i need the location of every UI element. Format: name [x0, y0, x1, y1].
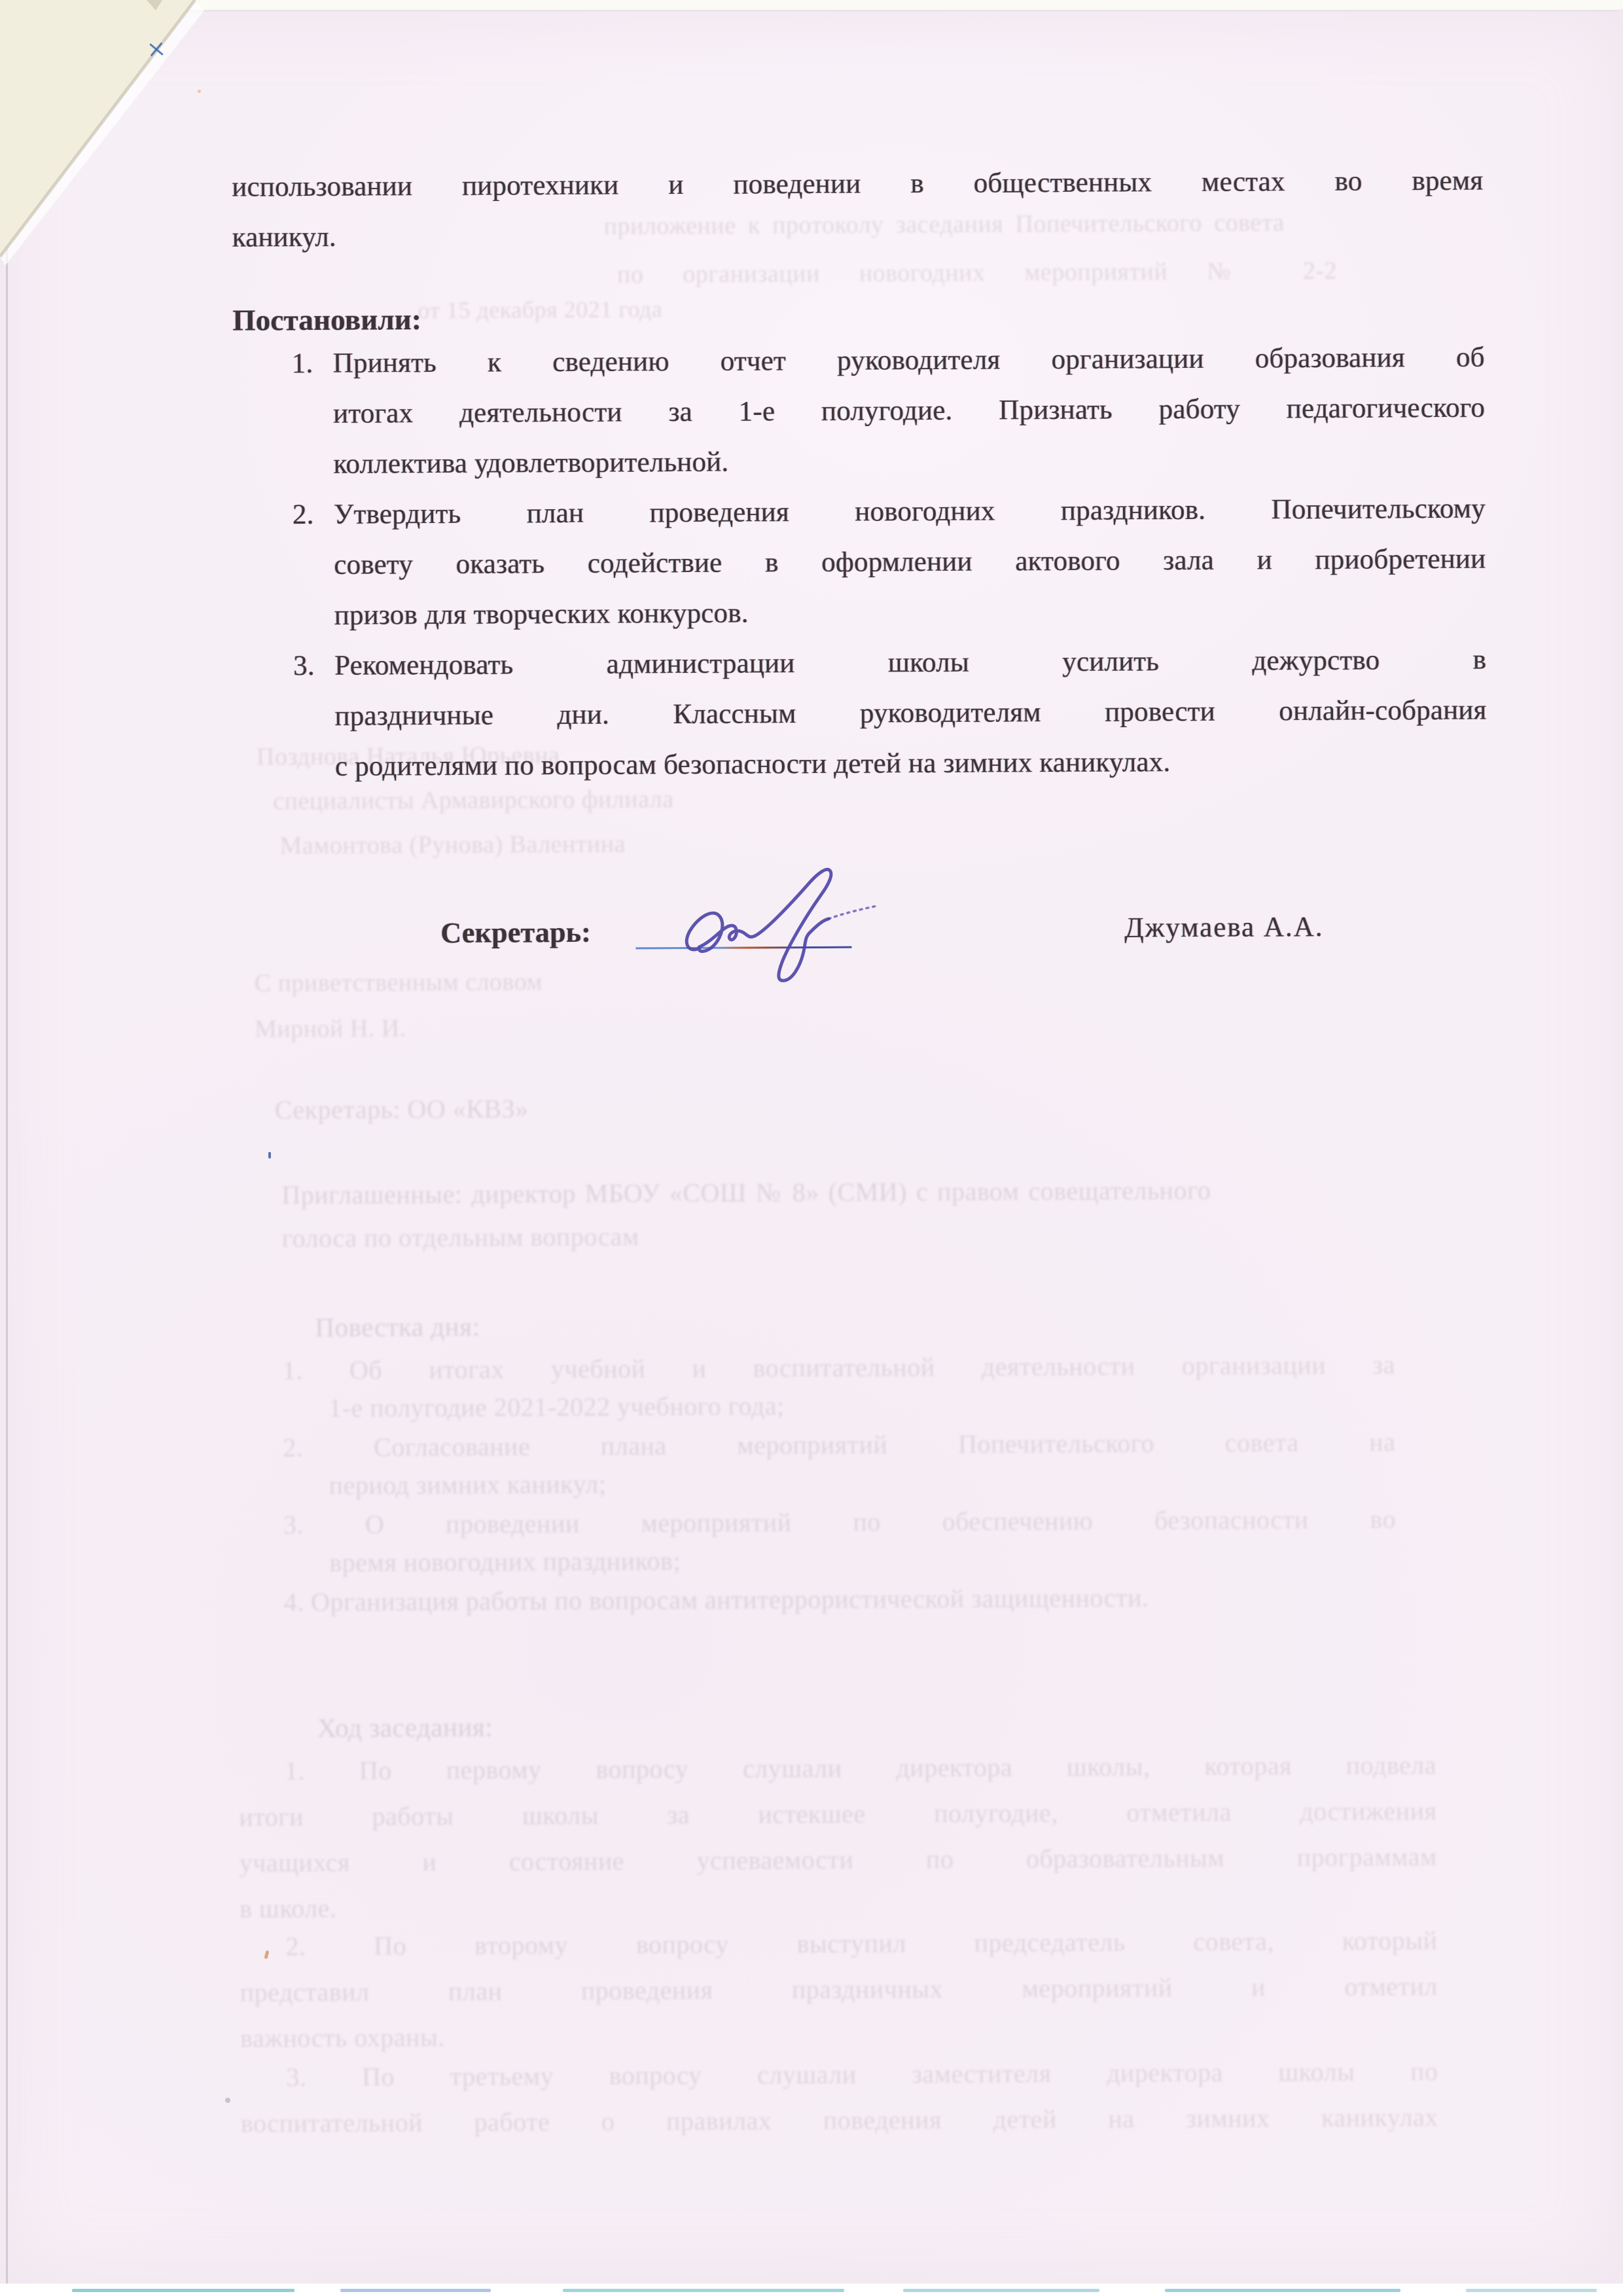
bleedthrough-line: время новогодних праздников;	[329, 1545, 681, 1578]
bleedthrough-line: Ход заседания:	[317, 1712, 493, 1744]
bleedthrough-line: Мамонтова (Рунова) Валентина	[279, 829, 626, 860]
bottom-edge-dash	[1165, 2289, 1400, 2292]
scanner-strip-top	[0, 0, 1623, 10]
paper-speck	[268, 1152, 271, 1158]
handwritten-signature	[653, 850, 902, 1002]
resolutions-heading: Постановили:	[232, 302, 421, 338]
bleedthrough-line: период зимних каникул;	[329, 1469, 607, 1501]
bleedthrough-line: голоса по отдельным вопросам	[282, 1221, 639, 1253]
scanned-document: приложение к протоколу заседания Попечит…	[0, 0, 1623, 2296]
bottom-edge-dash	[1466, 2289, 1597, 2292]
resolution-item-line: с родителями по вопросам безопасности де…	[335, 746, 1171, 783]
resolution-item-number: 2.	[293, 499, 314, 532]
bleedthrough-line: от 15 декабря 2021 года	[418, 295, 662, 324]
resolution-item-line: коллектива удовлетворительной.	[333, 446, 728, 482]
page-content: приложение к протоколу заседания Попечит…	[0, 0, 1623, 2296]
page-right-edge	[1618, 9, 1623, 2284]
body-paragraph-line: использовании пиротехники и поведении в …	[232, 165, 1484, 238]
paper-speck	[198, 90, 201, 93]
bleedthrough-line: специалисты Армавирского филиала	[273, 785, 674, 816]
bleedthrough-line: учащихся и состояние успеваемости по обр…	[240, 1841, 1437, 1909]
body-paragraph-line: каникул.	[232, 221, 336, 255]
bleedthrough-line: Мирной Н. И.	[255, 1014, 406, 1043]
bottom-edge-dash	[72, 2289, 294, 2292]
bleedthrough-line: Повестка дня:	[315, 1311, 480, 1343]
resolution-item-line: призов для творческих конкурсов.	[334, 597, 749, 632]
bottom-edge-dash	[563, 2289, 844, 2292]
page-left-edge-line	[6, 245, 8, 2284]
bleedthrough-line: в школе.	[240, 1893, 337, 1924]
bleedthrough-line: 4. Организация работы по вопросам антите…	[284, 1582, 1149, 1617]
resolution-item-number: 1.	[292, 348, 313, 381]
bleedthrough-line: С приветственным словом	[255, 967, 543, 997]
paper-speck	[225, 2098, 230, 2103]
secretary-label: Секретарь:	[440, 916, 591, 950]
bleedthrough-line: Секретарь: ОО «КВЗ»	[275, 1093, 529, 1125]
bottom-edge-dash	[903, 2289, 1099, 2292]
resolution-item-number: 3.	[293, 650, 315, 683]
bleedthrough-line: важность охраны.	[240, 2022, 445, 2054]
folded-corner	[0, 0, 216, 281]
bleedthrough-line: воспитательной работе о правилах поведен…	[241, 2102, 1438, 2170]
bottom-edge-dash	[340, 2289, 491, 2292]
bleedthrough-line: 1-е полугодие 2021-2022 учебного года;	[329, 1390, 785, 1424]
page-top-edge	[0, 10, 1623, 12]
secretary-name: Джумаева А.А.	[1124, 911, 1324, 945]
bleedthrough-line: по организации новогодних мероприятий № …	[617, 257, 1337, 318]
